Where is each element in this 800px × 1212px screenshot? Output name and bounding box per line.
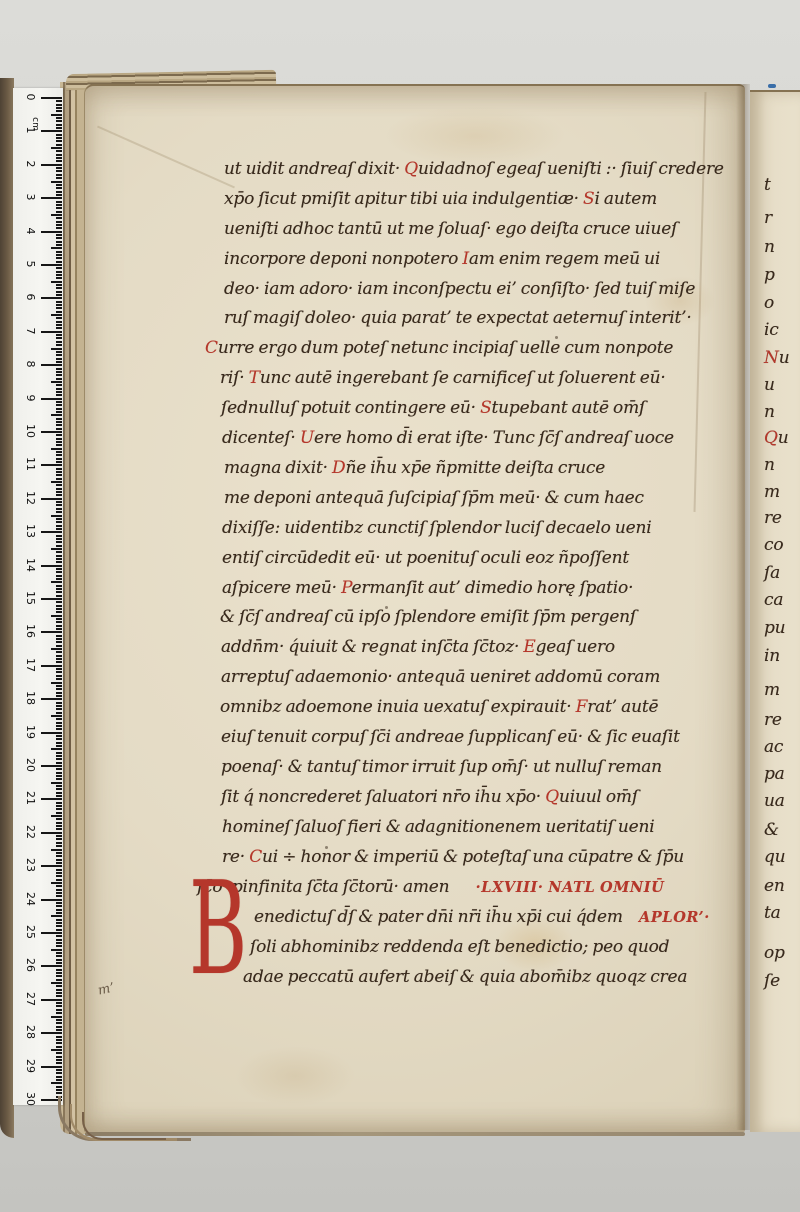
ruler-tick: [56, 768, 62, 770]
body-text: adae peccatū aufert abeiſ & quia abom̄ib…: [243, 967, 687, 987]
ruler-tick: [56, 945, 62, 947]
ruler-tick: [56, 618, 62, 620]
ruler-tick: [56, 307, 62, 309]
ruler-tick: [56, 1022, 62, 1024]
ruler-number: 5: [23, 255, 37, 273]
ruler-tick: [56, 905, 62, 907]
ruler-tick: [56, 160, 62, 162]
ruler-tick: [56, 1026, 62, 1028]
ruler-tick: [56, 451, 62, 453]
body-text: rat’ autē: [587, 697, 658, 717]
manuscript-text-line: ſc̄o· pinfinita ſc̄ta ſc̄torū· amen ·LXV…: [197, 877, 664, 897]
ruler-tick: [56, 100, 62, 102]
ruler-tick: [41, 431, 62, 433]
facing-page-text-fragment: ua: [764, 791, 785, 811]
ruler-tick: [41, 130, 62, 132]
ruler-tick: [56, 1056, 62, 1058]
ruler-number: 18: [23, 689, 37, 707]
ruler-tick: [56, 535, 62, 537]
ruler-tick: [56, 424, 62, 426]
ruler-tick: [41, 732, 62, 734]
rubric-text: F: [576, 697, 588, 717]
ruler-tick: [56, 207, 62, 209]
ruler-tick: [56, 862, 62, 864]
ruler-tick: [56, 595, 62, 597]
manuscript-text-line: poenaſ· & tantuſ timor irruit ſup om̄ſ· …: [221, 757, 662, 777]
ruler-tick: [51, 748, 62, 750]
ruler-tick: [56, 758, 62, 760]
body-text: ruſ magiſ doleo· quia parat’ te expectat…: [224, 308, 692, 328]
ruler-tick: [56, 170, 62, 172]
ruler-tick: [56, 959, 62, 961]
ruler-tick: [56, 952, 62, 954]
rubric-text: Q: [545, 787, 559, 807]
ruler-tick: [56, 274, 62, 276]
rubric-text: S: [480, 398, 491, 418]
ruler-tick: [56, 611, 62, 613]
ruler-tick: [41, 698, 62, 700]
facing-page-text-fragment: Nu: [764, 348, 789, 368]
ruler-tick: [56, 140, 62, 142]
ruler-tick: [56, 1072, 62, 1074]
ruler-tick: [56, 204, 62, 206]
ruler-tick: [56, 1029, 62, 1031]
ruler-tick: [41, 631, 62, 633]
body-text: homineſ ſaluoſ fieri & adagnitionenem ue…: [222, 817, 654, 837]
ruler-tick: [56, 1009, 62, 1011]
ruler-tick: [56, 137, 62, 139]
ruler-tick: [56, 371, 62, 373]
ruler-tick: [56, 625, 62, 627]
manuscript-text-line: & ſc̄ſ andreaſ cū ipſo ſplendore emiſit …: [220, 607, 636, 627]
facing-page-text-fragment: p: [764, 265, 775, 285]
ruler-tick: [41, 364, 62, 366]
facing-page-text-fragment: u: [764, 375, 775, 395]
ruler-tick: [56, 885, 62, 887]
facing-page-text-fragment: &: [764, 820, 779, 840]
ruler-tick: [56, 825, 62, 827]
ruler-tick: [56, 324, 62, 326]
body-text: poenaſ· & tantuſ timor irruit ſup om̄ſ· …: [221, 757, 662, 777]
ruler-tick: [56, 334, 62, 336]
body-text: ſednulluſ potuit contingere eū·: [221, 398, 480, 418]
body-text: urre ergo dum poteſ netunc incipiaſ uell…: [218, 338, 673, 358]
ruler-tick: [56, 388, 62, 390]
ruler-tick: [56, 718, 62, 720]
ruler-tick: [56, 174, 62, 176]
ruler-tick: [41, 832, 62, 834]
ruler-number: 22: [23, 823, 37, 841]
ruler-tick: [56, 675, 62, 677]
ruler-tick: [56, 638, 62, 640]
ruler-number: 11: [23, 455, 37, 473]
ruler-tick: [56, 337, 62, 339]
ruler-tick: [41, 798, 62, 800]
ruler-tick: [51, 414, 62, 416]
ruler-tick: [56, 1002, 62, 1004]
parchment-crease: [97, 126, 235, 189]
ruler-tick: [56, 1046, 62, 1048]
ruler-tick: [56, 869, 62, 871]
ruler-tick: [41, 164, 62, 166]
ruler-tick: [56, 651, 62, 653]
ruler-tick: [51, 114, 62, 116]
ruler-tick: [56, 508, 62, 510]
ruler-tick: [56, 418, 62, 420]
ruler-tick: [56, 461, 62, 463]
manuscript-text-line: me deponi antequā ſuſcipiaſ ſp̄m meū· & …: [224, 488, 644, 508]
manuscript-text-line: omnibz adoemone inuia uexatuſ expirauit·…: [220, 697, 658, 717]
ruler-tick: [56, 521, 62, 523]
ruler-number: 0: [23, 88, 37, 106]
ruler-tick: [41, 765, 62, 767]
manuscript-text-line: re· Cui ÷ honor & imperiū & poteſtaſ una…: [222, 847, 684, 867]
rubric-text: U: [300, 428, 314, 448]
ruler-tick: [56, 591, 62, 593]
manuscript-text-line: entiſ circūdedit eū· ut poenituſ oculi e…: [222, 548, 629, 568]
body-text: arreptuſ adaemonio· antequā ueniret addo…: [221, 667, 660, 687]
ruler-tick: [56, 955, 62, 957]
ruler-tick: [51, 648, 62, 650]
ruler-tick: [41, 531, 62, 533]
ruler-tick: [56, 772, 62, 774]
facing-page-text-fragment: o: [764, 293, 774, 313]
ruler-tick: [56, 478, 62, 480]
ruler-tick: [56, 658, 62, 660]
ruler-tick: [51, 381, 62, 383]
ruler-tick: [56, 117, 62, 119]
ruler-tick: [56, 525, 62, 527]
ruler-tick: [56, 404, 62, 406]
ruler-tick: [51, 949, 62, 951]
ruler-tick: [56, 1059, 62, 1061]
ruler-tick: [56, 558, 62, 560]
ruler-tick: [56, 992, 62, 994]
ruler-number: 23: [23, 856, 37, 874]
ruler-tick: [56, 545, 62, 547]
ruler-tick: [56, 244, 62, 246]
ruler-tick: [56, 237, 62, 239]
ruler-number: 16: [23, 622, 37, 640]
ruler-tick: [51, 715, 62, 717]
ruler-tick: [56, 989, 62, 991]
ruler-tick: [56, 822, 62, 824]
ruler-tick: [51, 548, 62, 550]
ruler-tick: [56, 124, 62, 126]
facing-page-text-fragment: en: [764, 876, 785, 896]
ruler-tick: [56, 972, 62, 974]
ruler-tick: [56, 788, 62, 790]
rubric-text: C: [205, 338, 218, 358]
ruler-tick: [41, 231, 62, 233]
body-text: ñe ih̄u xp̄e ñpmitte deiſta cruce: [345, 458, 605, 478]
ruler-tick: [51, 1082, 62, 1084]
ruler-tick: [41, 398, 62, 400]
ruler-tick: [56, 979, 62, 981]
ruler-tick: [41, 932, 62, 934]
ruler-tick: [56, 752, 62, 754]
ruler-tick: [56, 935, 62, 937]
ruler-number: 1: [23, 121, 37, 139]
ruler-tick: [56, 317, 62, 319]
ruler-tick: [51, 181, 62, 183]
body-text: deo· iam adoro· iam inconſpectu ei’ conſ…: [224, 279, 695, 299]
ruler-tick: [56, 277, 62, 279]
facing-page-text-fragment: ſe: [764, 971, 780, 991]
ruler-number: 10: [23, 422, 37, 440]
rubric-text: APLOR’·: [639, 909, 710, 926]
ruler-tick: [56, 855, 62, 857]
facing-page-text-fragment: t: [764, 175, 771, 195]
body-text: addn̄m· q́uiuit & regnat inſc̄ta ſc̄toz·: [221, 637, 523, 657]
ruler-tick: [56, 889, 62, 891]
body-text: me deponi antequā ſuſcipiaſ ſp̄m meū· & …: [224, 488, 644, 508]
ruler-tick: [56, 685, 62, 687]
ruler-tick: [56, 645, 62, 647]
body-text: tupebant autē om̄ſ: [492, 398, 646, 418]
ruler-tick: [56, 568, 62, 570]
ruler-tick: [56, 421, 62, 423]
ruler-tick: [51, 481, 62, 483]
ruler-tick: [56, 468, 62, 470]
ruler-tick: [56, 661, 62, 663]
ruler-tick: [56, 144, 62, 146]
ruler-tick: [56, 341, 62, 343]
ruler-tick: [56, 859, 62, 861]
rubric-text: ·LXVIII· NATL OMNIŪ: [476, 879, 665, 896]
ruler-tick: [56, 678, 62, 680]
ruler-tick: [56, 912, 62, 914]
ruler-tick: [56, 812, 62, 814]
ruler-tick: [56, 1086, 62, 1088]
ruler-tick: [41, 665, 62, 667]
ruler-tick: [56, 818, 62, 820]
manuscript-text-line: enedictuſ d̄ſ & pater dn̄i nr̄i ih̄u xp̄…: [254, 907, 710, 927]
facing-page-sliver: trnpoicNuunQunmrecoſacapuinmreacpaua&que…: [750, 90, 800, 1132]
ruler-tick: [56, 150, 62, 152]
manuscript-text-line: deo· iam adoro· iam inconſpectu ei’ conſ…: [224, 279, 695, 299]
ruler-tick: [56, 1036, 62, 1038]
ruler-number: 6: [23, 288, 37, 306]
facing-page-text-fragment: qu: [764, 847, 785, 867]
ruler-tick: [51, 147, 62, 149]
ruler-tick: [56, 872, 62, 874]
body-text: incorpore deponi nonpotero: [224, 249, 462, 269]
body-text: ere homo d̄i erat iſte· Tunc ſc̄ſ andrea…: [314, 428, 674, 448]
ruler-tick: [56, 378, 62, 380]
manuscript-text-line: aſpicere meū· Permanſit aut’ dimedio hor…: [222, 578, 633, 598]
ruler-tick: [56, 224, 62, 226]
body-text: am enim regem meū ui: [469, 249, 660, 269]
ruler-tick: [56, 722, 62, 724]
ruler-tick: [56, 1042, 62, 1044]
ruler-tick: [56, 157, 62, 159]
body-text: unc autē ingerebant ſe carnificeſ ut ſol…: [260, 368, 666, 388]
facing-page-text-fragment: re: [764, 710, 782, 730]
ruler-tick: [56, 705, 62, 707]
facing-page-text-fragment: op: [764, 943, 785, 963]
ruler-tick: [56, 494, 62, 496]
ruler-tick: [56, 361, 62, 363]
facing-page-text-fragment: in: [764, 646, 780, 666]
ruler-tick: [56, 762, 62, 764]
facing-page-text-fragment: n: [764, 402, 775, 422]
ruler-tick: [56, 1062, 62, 1064]
ruler-tick: [56, 785, 62, 787]
ruler-tick: [56, 641, 62, 643]
ruler-tick: [56, 120, 62, 122]
ruler-number: 8: [23, 355, 37, 373]
ruler-tick: [56, 875, 62, 877]
ruler-number: 12: [23, 489, 37, 507]
ruler-number: 2: [23, 155, 37, 173]
ruler-tick: [56, 735, 62, 737]
ruler-number: 13: [23, 522, 37, 540]
ruler-tick: [56, 601, 62, 603]
facing-page-text-fragment: pu: [764, 618, 785, 638]
body-text: ueniſti adhoc tantū ut me ſoluaſ· ego de…: [224, 219, 677, 239]
ruler-tick: [56, 221, 62, 223]
ruler-tick: [56, 184, 62, 186]
ruler-tick: [56, 985, 62, 987]
ruler-tick: [56, 434, 62, 436]
ruler-tick: [56, 241, 62, 243]
ruler-tick: [56, 321, 62, 323]
facing-page-text-fragment: ic: [764, 320, 779, 340]
manuscript-text-line: addn̄m· q́uiuit & regnat inſc̄ta ſc̄toz·…: [221, 637, 615, 657]
ruler-number: 15: [23, 589, 37, 607]
ruler-tick: [56, 742, 62, 744]
facing-page-text-fragment: m: [764, 680, 780, 700]
ruler-tick: [56, 511, 62, 513]
ruler-tick: [56, 154, 62, 156]
body-text: ſoli abhominibz reddenda eſt benedictio;…: [250, 937, 669, 957]
ruler-number: 27: [23, 990, 37, 1008]
ruler-tick: [51, 314, 62, 316]
stacked-page-corner: [82, 1112, 166, 1140]
ruler-tick: [56, 401, 62, 403]
ruler-tick: [56, 344, 62, 346]
rubric-text: C: [249, 847, 262, 867]
ruler-tick: [41, 331, 62, 333]
ruler-tick: [56, 695, 62, 697]
ruler-tick: [56, 778, 62, 780]
ruler-number: 30: [23, 1090, 37, 1108]
ruler-tick: [56, 852, 62, 854]
ruler-tick: [56, 578, 62, 580]
ruler-tick: [56, 835, 62, 837]
ruler-tick: [56, 688, 62, 690]
ruler-tick: [56, 795, 62, 797]
rubric-text: T: [249, 368, 260, 388]
body-text: uidadnoſ egeaſ ueniſti :· ſiuiſ credere: [418, 159, 724, 179]
ruler-tick: [41, 598, 62, 600]
ruler-tick: [56, 712, 62, 714]
ruler-tick: [56, 528, 62, 530]
ruler-number: 26: [23, 956, 37, 974]
ruler-tick: [51, 882, 62, 884]
ruler-tick: [56, 167, 62, 169]
ruler-tick: [56, 257, 62, 259]
facing-page-text-fragment: co: [764, 535, 783, 555]
ruler-tick: [41, 1032, 62, 1034]
rubric-text: S: [583, 189, 594, 209]
manuscript-text-line: dicenteſ· Uere homo d̄i erat iſte· Tunc …: [222, 428, 674, 448]
ruler-tick: [56, 621, 62, 623]
ruler-tick: [56, 1012, 62, 1014]
ruler-tick: [56, 187, 62, 189]
ruler-tick: [56, 655, 62, 657]
body-text: geaſ uero: [536, 637, 615, 657]
ruler-tick: [56, 551, 62, 553]
manuscript-text-line: eiuſ tenuit corpuſ ſc̄i andreae ſupplica…: [221, 727, 680, 747]
manuscript-text-line: arreptuſ adaemonio· antequā ueniret addo…: [221, 667, 660, 687]
ruler-tick: [56, 995, 62, 997]
ruler-tick: [56, 1089, 62, 1091]
ruler-tick: [56, 671, 62, 673]
body-text: ui ÷ honor & imperiū & poteſtaſ una cūpa…: [262, 847, 684, 867]
ruler-number: 24: [23, 890, 37, 908]
rubric-text: D: [332, 458, 345, 478]
manuscript-text-line: riſ· Tunc autē ingerebant ſe carnificeſ …: [220, 368, 666, 388]
ruler-tick: [56, 561, 62, 563]
ruler-tick: [41, 965, 62, 967]
ruler-tick: [56, 969, 62, 971]
ruler-number: 20: [23, 756, 37, 774]
manuscript-text-line: magna dixit· Dñe ih̄u xp̄e ñpmitte deiſt…: [224, 458, 605, 478]
ruler-tick: [56, 842, 62, 844]
body-text: ermanſit aut’ dimedio horę ſpatio·: [352, 578, 634, 598]
ruler-tick: [56, 538, 62, 540]
ruler-tick: [56, 909, 62, 911]
ruler-tick: [56, 358, 62, 360]
ruler-tick: [56, 708, 62, 710]
rubric-text: N: [764, 348, 779, 368]
ruler-tick: [56, 408, 62, 410]
ruler-tick: [41, 865, 62, 867]
rubric-text: P: [341, 578, 351, 598]
ruler-number: 21: [23, 789, 37, 807]
ruler-tick: [56, 454, 62, 456]
ruler-tick: [56, 1092, 62, 1094]
ruler-tick: [56, 605, 62, 607]
ruler-tick: [56, 491, 62, 493]
manuscript-text-line: homineſ ſaluoſ fieri & adagnitionenem ue…: [222, 817, 654, 837]
ruler-tick: [56, 327, 62, 329]
ruler-number: 29: [23, 1057, 37, 1075]
ruler-tick: [56, 555, 62, 557]
ruler-tick: [56, 702, 62, 704]
ruler-tick: [56, 134, 62, 136]
ruler-tick: [56, 588, 62, 590]
ruler-tick: [56, 745, 62, 747]
ruler-tick: [51, 682, 62, 684]
ruler-tick: [56, 391, 62, 393]
ruler-tick: [41, 498, 62, 500]
ruler-tick: [56, 1019, 62, 1021]
illuminated-initial-B: B: [189, 880, 247, 980]
ruler-tick: [56, 227, 62, 229]
ruler-tick: [51, 915, 62, 917]
book-spine-edge: [0, 78, 14, 1138]
manuscript-text-line: ruſ magiſ doleo· quia parat’ te expectat…: [224, 308, 692, 328]
ruler-tick: [56, 304, 62, 306]
ruler-tick: [56, 942, 62, 944]
ruler-tick: [41, 899, 62, 901]
ruler-tick: [56, 608, 62, 610]
body-text: xp̄o ſicut pmiſit apitur tibi uia indulg…: [224, 189, 583, 209]
ruler-tick: [41, 264, 62, 266]
